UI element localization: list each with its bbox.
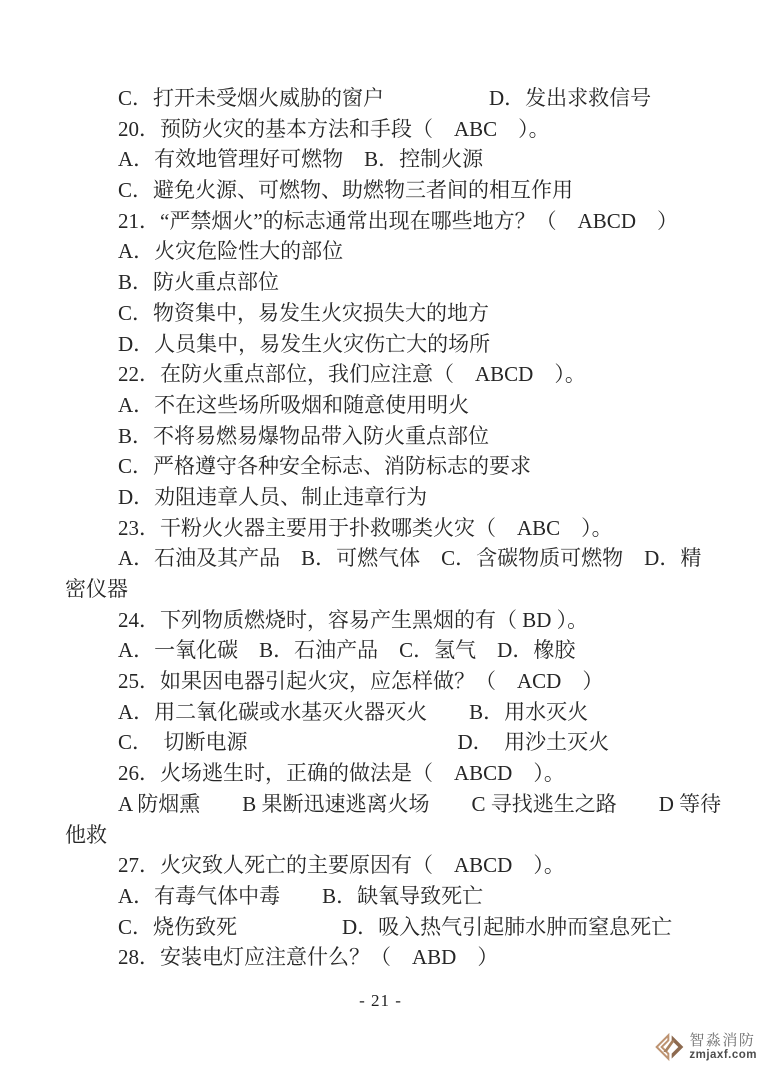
document-line: A．一氧化碳 B．石油产品 C．氢气 D．橡胶: [65, 635, 725, 666]
document-line: C．严格遵守各种安全标志、消防标志的要求: [65, 451, 725, 482]
brand-domain: zmjaxf.com: [689, 1050, 757, 1062]
document-line: 20．预防火灾的基本方法和手段（ ABC ）。: [65, 114, 725, 145]
document-line: 22．在防火重点部位，我们应注意（ ABCD ）。: [65, 359, 725, 390]
document-page: C．打开未受烟火威胁的窗户 D．发出求救信号20．预防火灾的基本方法和手段（ A…: [0, 0, 761, 1068]
document-line: A．用二氧化碳或水基灭火器灭火 B．用水灭火: [65, 697, 725, 728]
brand-text-block: 智淼消防 zmjaxf.com: [689, 1033, 757, 1062]
document-line: 26．火场逃生时，正确的做法是（ ABCD ）。: [65, 758, 725, 789]
document-line: A 防烟熏 B 果断迅速逃离火场 C 寻找逃生之路 D 等待: [65, 789, 725, 820]
document-line: B．防火重点部位: [65, 267, 725, 298]
document-line: 他救: [65, 820, 725, 851]
document-line: A．不在这些场所吸烟和随意使用明火: [65, 390, 725, 421]
document-line: D．劝阻违章人员、制止违章行为: [65, 482, 725, 513]
document-line: A．有效地管理好可燃物 B．控制火源: [65, 144, 725, 175]
document-line: C． 切断电源 D． 用沙土灭火: [65, 727, 725, 758]
document-line: C．避免火源、可燃物、助燃物三者间的相互作用: [65, 175, 725, 206]
document-line: 密仪器: [65, 574, 725, 605]
document-line: C．烧伤致死 D．吸入热气引起肺水肿而窒息死亡: [65, 912, 725, 943]
document-line: 21．“严禁烟火”的标志通常出现在哪些地方？（ ABCD ）: [65, 206, 725, 237]
brand-watermark: 智淼消防 zmjaxf.com: [655, 1032, 757, 1062]
page-number: - 21 -: [0, 991, 761, 1011]
document-line: C．物资集中，易发生火灾损失大的地方: [65, 298, 725, 329]
document-line: 28．安装电灯应注意什么？（ ABD ）: [65, 942, 725, 973]
document-line: B．不将易燃易爆物品带入防火重点部位: [65, 421, 725, 452]
document-line: A．石油及其产品 B．可燃气体 C．含碳物质可燃物 D．精: [65, 543, 725, 574]
document-line: D．人员集中，易发生火灾伤亡大的场所: [65, 329, 725, 360]
document-body: C．打开未受烟火威胁的窗户 D．发出求救信号20．预防火灾的基本方法和手段（ A…: [65, 83, 725, 973]
document-line: A．有毒气体中毒 B．缺氧导致死亡: [65, 881, 725, 912]
document-line: A．火灾危险性大的部位: [65, 236, 725, 267]
document-line: 25．如果因电器引起火灾，应怎样做？（ ACD ）: [65, 666, 725, 697]
brand-name: 智淼消防: [689, 1033, 757, 1048]
document-line: 27．火灾致人死亡的主要原因有（ ABCD ）。: [65, 850, 725, 881]
diamond-z-logo-icon: [655, 1032, 685, 1062]
document-line: 23．干粉火火器主要用于扑救哪类火灾（ ABC ）。: [65, 513, 725, 544]
document-line: 24．下列物质燃烧时，容易产生黑烟的有（ BD ）。: [65, 605, 725, 636]
document-line: C．打开未受烟火威胁的窗户 D．发出求救信号: [65, 83, 725, 114]
